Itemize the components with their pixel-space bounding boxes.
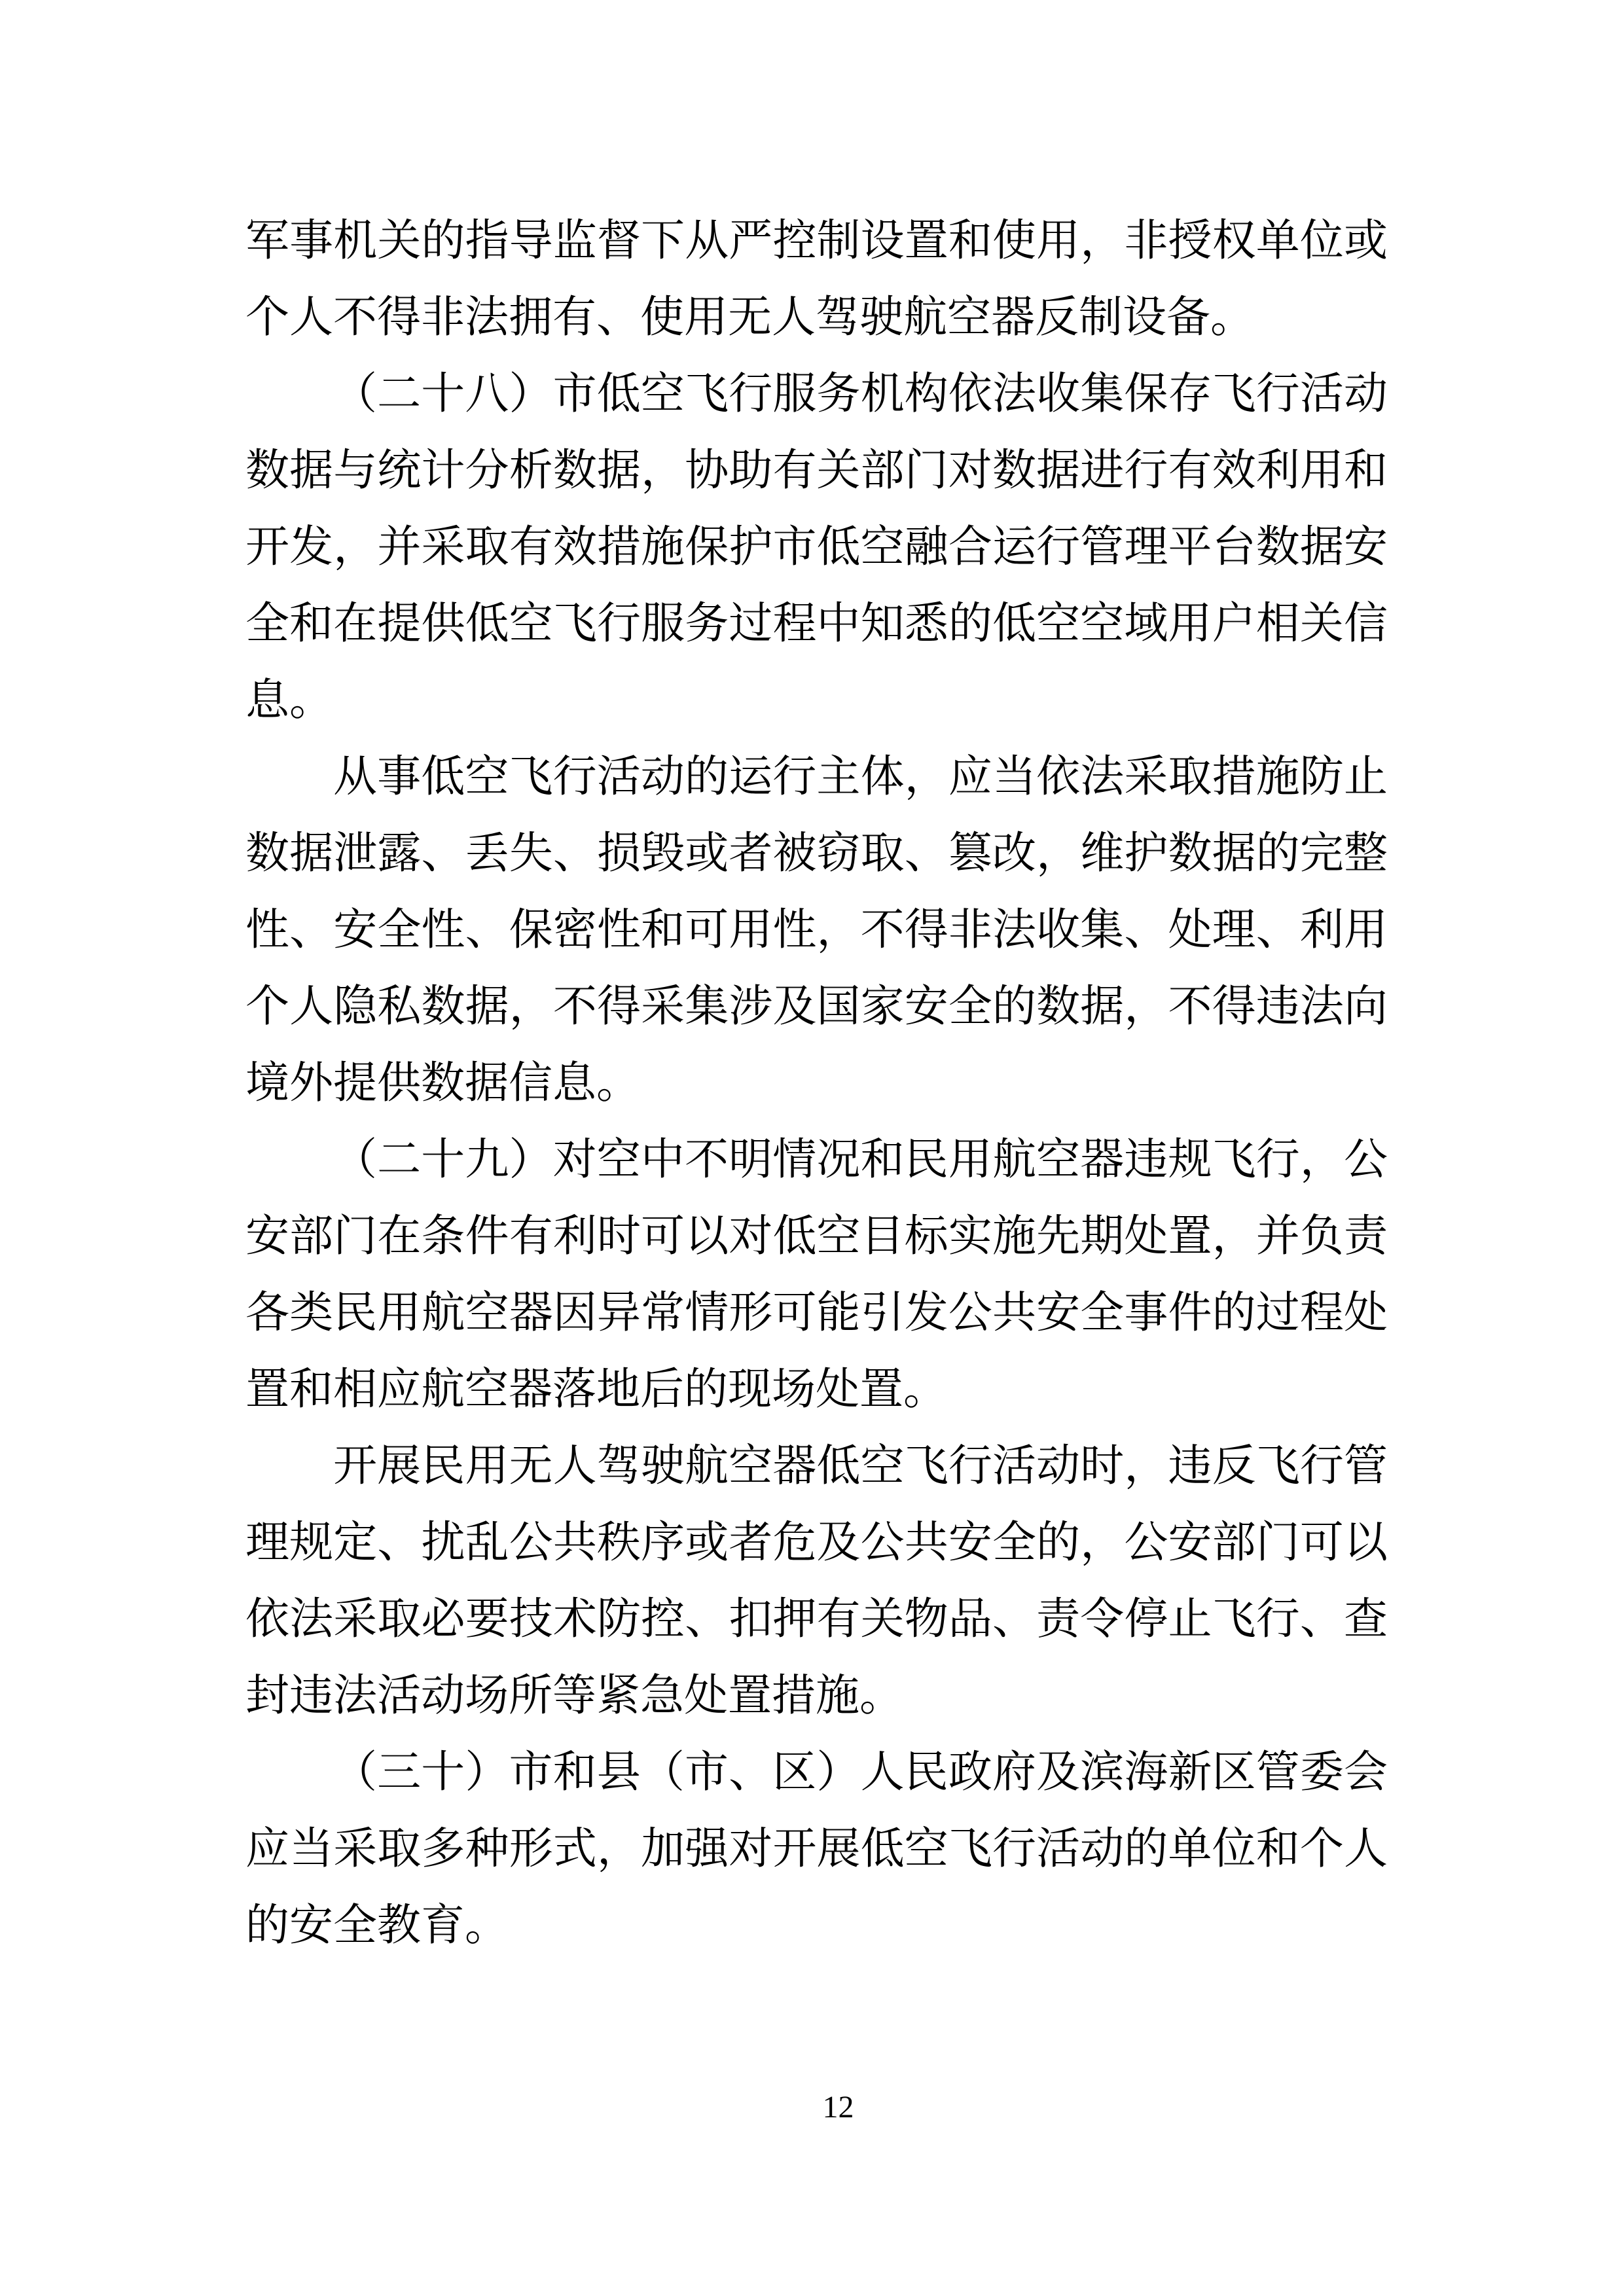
page-number: 12 <box>26 2089 1624 2126</box>
paragraph: （二十九）对空中不明情况和民用航空器违规飞行，公安部门在条件有利时可以对低空目标… <box>245 1122 1388 1428</box>
paragraph: 军事机关的指导监督下从严控制设置和使用，非授权单位或个人不得非法拥有、使用无人驾… <box>245 203 1388 356</box>
document-body: 军事机关的指导监督下从严控制设置和使用，非授权单位或个人不得非法拥有、使用无人驾… <box>245 203 1388 1964</box>
paragraph: （二十八）市低空飞行服务机构依法收集保存飞行活动数据与统计分析数据，协助有关部门… <box>245 356 1388 739</box>
paragraph: 开展民用无人驾驶航空器低空飞行活动时，违反飞行管理规定、扰乱公共秩序或者危及公共… <box>245 1428 1388 1734</box>
paragraph: 从事低空飞行活动的运行主体，应当依法采取措施防止数据泄露、丢失、损毁或者被窃取、… <box>245 739 1388 1122</box>
paragraph: （三十）市和县（市、区）人民政府及滨海新区管委会应当采取多种形式，加强对开展低空… <box>245 1734 1388 1964</box>
document-page: 军事机关的指导监督下从严控制设置和使用，非授权单位或个人不得非法拥有、使用无人驾… <box>0 0 1624 2296</box>
